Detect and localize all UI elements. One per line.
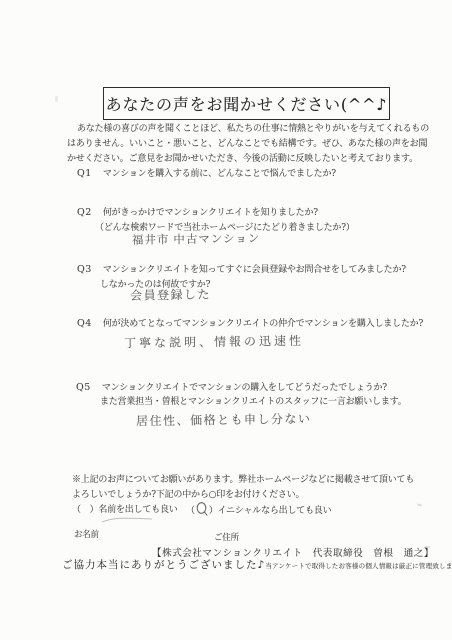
- intro-line-1: あなた様の喜びの声を聞くことほど、私たちの仕事に情熱とやりがいを与えてくれるもの: [77, 121, 429, 134]
- question-1: Q1マンションを購入する前に、どんなことで悩んでましたか?: [77, 166, 336, 179]
- thanks-text: ご協力本当にありがとうございました♪: [62, 559, 265, 571]
- privacy-note-text: 当アンケートで取得したお客様の個人情報は厳正に管理致します。: [265, 562, 452, 570]
- question-3: Q3マンションクリエイトを知ってすぐに会員登録やお問合せをしてみましたか?: [77, 262, 406, 275]
- question-2: Q2何がきっかけでマンションクリエイトを知りましたか?: [77, 205, 318, 218]
- intro-line-2: はありません。いいこと・悪いこと、どんなことでも結構です。ぜひ、あなた様の声をお…: [67, 136, 427, 149]
- question-4-handwritten-answer: 丁寧な説明、情報の迅速性: [124, 332, 304, 352]
- thanks-line: ご協力本当にありがとうございました♪当アンケートで取得したお客様の個人情報は厳正…: [62, 557, 452, 572]
- question-5-handwritten-answer: 居住性、価格とも申し分ない: [136, 410, 312, 429]
- question-2-label: Q2: [77, 207, 92, 218]
- intro-line-3: かせください。ご意見をお聞かせいただき、今後の活動に反映したいと考えております。: [67, 151, 418, 164]
- question-5-text: マンションクリエイトでマンションの購入をしてどうだったでしょうか?: [102, 383, 387, 393]
- question-4: Q4何が決めてとなってマンションクリエイトの仲介でマンションを購入しましたか?: [77, 316, 423, 329]
- question-3-handwritten-answer: 会員登録した: [130, 285, 211, 303]
- question-4-label: Q4: [77, 318, 92, 329]
- question-4-text: 何が決めてとなってマンションクリエイトの仲介でマンションを購入しましたか?: [103, 319, 423, 329]
- consent-option-name: （ ）名前を出しても良い: [72, 502, 178, 515]
- survey-title: あなたの声をお聞かせください(^^♪: [106, 92, 388, 115]
- name-field-label: お名前: [74, 528, 99, 540]
- question-1-text: マンションを購入する前に、どんなことで悩んでましたか?: [103, 169, 336, 179]
- scan-artifact: [55, 96, 58, 102]
- scan-artifact: [417, 503, 422, 506]
- question-3-label: Q3: [77, 264, 92, 275]
- consent-note-line-2: よろしいでしょうか?下記の中から○印をお付けください。: [72, 487, 304, 500]
- question-1-label: Q1: [77, 168, 92, 179]
- question-5-label: Q5: [76, 382, 91, 393]
- faint-pen-scribble: [100, 515, 155, 525]
- question-2-handwritten-answer: 福井市 中古マンション: [132, 230, 261, 248]
- survey-title-box: あなたの声をお聞かせください(^^♪: [103, 87, 390, 120]
- question-3-text: マンションクリエイトを知ってすぐに会員登録やお問合せをしてみましたか?: [103, 265, 406, 275]
- scanned-survey-page: あなたの声をお聞かせください(^^♪ あなた様の喜びの声を聞くことほど、私たちの…: [0, 0, 452, 640]
- question-5-subtext: また営業担当・曽根とマンションクリエイトのスタッフに一言お願いします。: [100, 394, 407, 407]
- consent-option-initials: （）イニシャルなら出しても良い: [186, 502, 331, 516]
- question-2-text: 何がきっかけでマンションクリエイトを知りましたか?: [103, 208, 318, 218]
- handwritten-circle-icon: [196, 502, 208, 516]
- address-field-label: ご住所: [214, 531, 239, 543]
- consent-note-line-1: ※上記のお声についてお願いがあります。弊社ホームページなどに掲載させて頂いても: [72, 472, 414, 485]
- consent-option-initials-text: ）イニシャルなら出しても良い: [209, 506, 332, 516]
- consent-option-initials-paren-open: （: [186, 506, 195, 516]
- question-5: Q5マンションクリエイトでマンションの購入をしてどうだったでしょうか?: [76, 380, 387, 393]
